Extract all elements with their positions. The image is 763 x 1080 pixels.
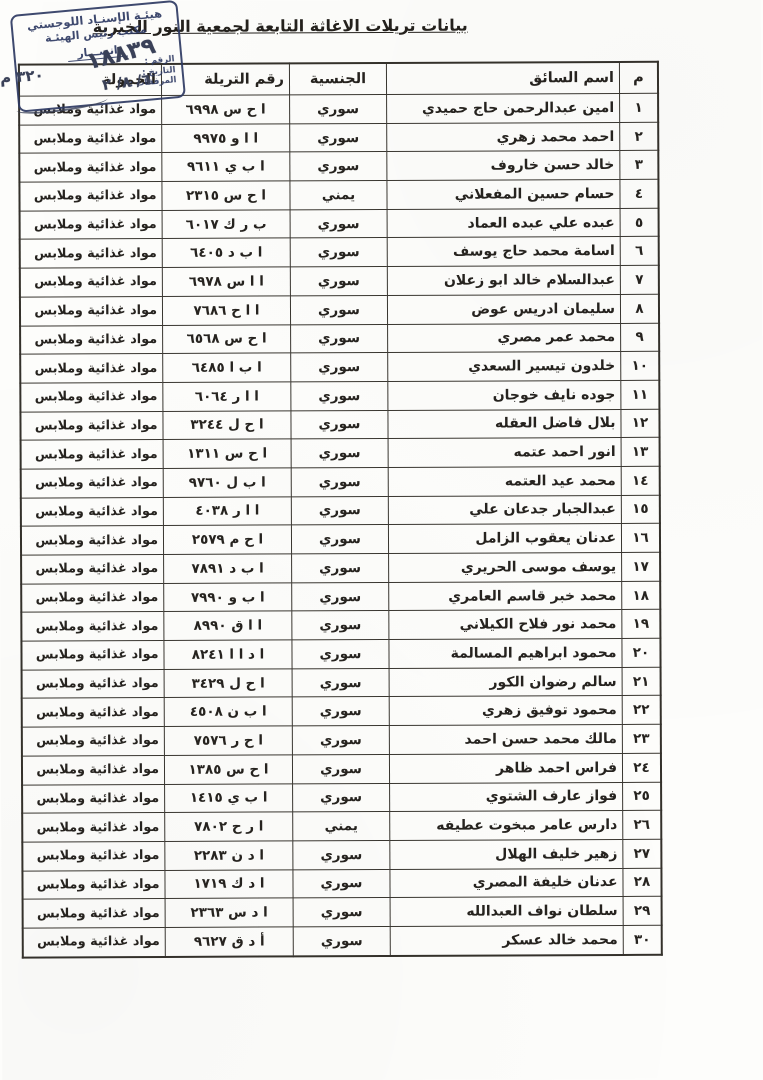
cell-nationality: سوري: [290, 152, 387, 181]
cell-nationality: سوري: [292, 726, 389, 755]
table-row: ٢٧ زهير خليف الهلال سوري ا د ن ٢٢٨٣ مواد…: [22, 839, 661, 870]
table-row: ٧ عبدالسلام خالد ابو زعلان سوري ا ا س ٦٩…: [20, 265, 659, 296]
cell-cargo: مواد غذائية وملابس: [22, 698, 165, 727]
cell-cargo: مواد غذائية وملابس: [23, 927, 166, 957]
cell-trailer-no: ا د س ٢٣٦٣: [165, 898, 293, 927]
cell-cargo: مواد غذائية وملابس: [22, 755, 165, 784]
cell-trailer-no: ا ب د ٧٨٩١: [164, 554, 292, 583]
cell-driver-name: يوسف موسى الحريري: [389, 552, 622, 582]
header-nationality: الجنسية: [289, 63, 386, 95]
cell-no: ٢٣: [622, 724, 661, 753]
cell-nationality: سوري: [293, 783, 390, 812]
cell-trailer-no: ا ب ي ٩٦١١: [162, 152, 290, 181]
cell-driver-name: فواز عارف الشتوي: [390, 782, 623, 812]
cell-trailer-no: ا ر ح ٧٨٠٢: [165, 812, 293, 841]
table-row: ٢٤ فراس احمد ظاهر سوري ا ح س ١٣٨٥ مواد غ…: [22, 753, 661, 784]
cell-trailer-no: ا ب ا ٦٤٨٥: [163, 353, 291, 382]
cell-nationality: سوري: [292, 582, 389, 611]
cell-driver-name: سالم رضوان الكور: [389, 667, 622, 697]
cell-no: ١٦: [621, 524, 660, 553]
cell-nationality: سوري: [291, 467, 388, 496]
trailers-table: م اسم السائق الجنسية رقم التريلة الحمولة…: [18, 61, 663, 958]
cell-cargo: مواد غذائية وملابس: [21, 583, 164, 612]
cell-driver-name: عدنان خليفة المصري: [390, 868, 623, 898]
cell-trailer-no: ا ا و ٩٩٧٥: [162, 124, 290, 153]
cell-trailer-no: ا ا ق ٨٩٩٠: [164, 611, 292, 640]
cell-cargo: مواد غذائية وملابس: [22, 870, 165, 899]
cell-driver-name: انور احمد عتمه: [388, 438, 621, 468]
table-row: ٢١ سالم رضوان الكور سوري ا ح ل ٣٤٢٩ مواد…: [22, 667, 661, 698]
cell-no: ٢٧: [623, 839, 662, 868]
cell-no: ٥: [620, 208, 659, 237]
cell-trailer-no: ا ا س ٦٩٧٨: [162, 267, 290, 296]
cell-no: ٢٥: [623, 782, 662, 811]
table-row: ٣٠ محمد خالد عسكر سوري أ د ق ٩٦٢٧ مواد غ…: [23, 925, 662, 957]
table-row: ١٤ محمد عيد العتمه سوري ا ب ل ٩٧٦٠ مواد …: [21, 466, 660, 497]
cell-driver-name: عبده علي عبده العماد: [387, 208, 620, 238]
table-body: ١ امين عبدالرحمن حاج حميدي سوري ا ح س ٦٩…: [19, 93, 662, 957]
table-row: ٦ اسامة محمد حاج يوسف سوري ا ب د ٦٤٠٥ مو…: [20, 237, 659, 268]
cell-driver-name: مالك محمد حسن احمد: [389, 725, 622, 755]
cell-cargo: مواد غذائية وملابس: [22, 784, 165, 813]
cell-trailer-no: ا ح س ٦٩٩٨: [162, 95, 290, 124]
cell-trailer-no: ا د ن ٢٢٨٣: [165, 841, 293, 870]
cell-no: ١٥: [621, 495, 660, 524]
cell-driver-name: عبدالجبار جدعان علي: [388, 495, 621, 525]
cell-driver-name: بلال فاضل العقله: [388, 409, 621, 439]
cell-trailer-no: ا ب د ٦٤٠٥: [162, 238, 290, 267]
cell-no: ٢٠: [622, 638, 661, 667]
cell-cargo: مواد غذائية وملابس: [22, 841, 165, 870]
cell-no: ١٠: [621, 351, 660, 380]
cell-cargo: مواد غذائية وملابس: [21, 440, 164, 469]
cell-cargo: مواد غذائية وملابس: [22, 727, 165, 756]
cell-nationality: سوري: [291, 381, 388, 410]
cell-driver-name: خالد حسن خاروف: [387, 151, 620, 181]
cell-nationality: سوري: [293, 869, 390, 898]
cell-trailer-no: ا ب ل ٩٧٦٠: [163, 468, 291, 497]
cell-nationality: سوري: [291, 525, 388, 554]
cell-no: ٩: [621, 323, 660, 352]
cell-nationality: سوري: [290, 238, 387, 267]
cell-driver-name: احمد محمد زهري: [387, 122, 620, 152]
table-row: ٢٦ دارس عامر مبخوت عطيفه يمني ا ر ح ٧٨٠٢…: [22, 810, 661, 841]
table-row: ٣ خالد حسن خاروف سوري ا ب ي ٩٦١١ مواد غذ…: [19, 151, 658, 182]
cell-no: ٣: [620, 151, 659, 180]
cell-trailer-no: ا ح م ٢٥٧٩: [163, 525, 291, 554]
cell-trailer-no: ا ح س ١٣١١: [163, 439, 291, 468]
table-row: ١٥ عبدالجبار جدعان علي سوري ا ا ر ٤٠٣٨ م…: [21, 495, 660, 526]
cell-driver-name: سليمان ادريس عوض: [387, 294, 620, 324]
cell-trailer-no: ا ا ح ٧٦٨٦: [162, 296, 290, 325]
cell-cargo: مواد غذائية وملابس: [20, 210, 163, 239]
cell-cargo: مواد غذائية وملابس: [23, 899, 166, 928]
cell-nationality: سوري: [290, 209, 387, 238]
table-row: ١٦ عدنان يعقوب الزامل سوري ا ح م ٢٥٧٩ مو…: [21, 524, 660, 555]
cell-driver-name: محمود ابراهيم المسالمة: [389, 639, 622, 669]
cell-nationality: سوري: [290, 123, 387, 152]
cell-driver-name: محمد عيد العتمه: [388, 466, 621, 496]
cell-trailer-no: ا ح س ٢٣١٥: [162, 181, 290, 210]
cell-no: ٢١: [622, 667, 661, 696]
cell-trailer-no: ا ب ن ٤٥٠٨: [164, 697, 292, 726]
cell-cargo: مواد غذائية وملابس: [20, 325, 163, 354]
cell-no: ٢٨: [623, 868, 662, 897]
cell-driver-name: محمد عمر مصري: [388, 323, 621, 353]
cell-cargo: مواد غذائية وملابس: [21, 641, 164, 670]
cell-cargo: مواد غذائية وملابس: [21, 468, 164, 497]
table-row: ١٧ يوسف موسى الحريري سوري ا ب د ٧٨٩١ موا…: [21, 552, 660, 583]
cell-no: ١٤: [621, 466, 660, 495]
cell-no: ٧: [620, 265, 659, 294]
cell-nationality: يمني: [293, 812, 390, 841]
cell-driver-name: سلطان نواف العبدالله: [390, 897, 623, 927]
cell-no: ٢٢: [622, 696, 661, 725]
cell-no: ١٨: [622, 581, 661, 610]
cell-no: ١١: [621, 380, 660, 409]
cell-trailer-no: ب ر ك ٦٠١٧: [162, 210, 290, 239]
cell-nationality: سوري: [292, 668, 389, 697]
scanned-document-page: بيانات تريلات الاغاثة التابعة لجمعية الن…: [0, 0, 763, 1080]
cell-nationality: سوري: [292, 640, 389, 669]
cell-no: ١٣: [621, 438, 660, 467]
cell-cargo: مواد غذائية وملابس: [21, 526, 164, 555]
cell-driver-name: عدنان يعقوب الزامل: [388, 524, 621, 554]
cell-driver-name: محمد خبر قاسم العامري: [389, 581, 622, 611]
header-driver-name: اسم السائق: [386, 62, 619, 95]
cell-no: ٤: [620, 179, 659, 208]
cell-trailer-no: ا د ا ا ٨٢٤١: [164, 640, 292, 669]
cell-driver-name: زهير خليف الهلال: [390, 839, 623, 869]
table-row: ١١ جوده نايف خوجان سوري ا ا ر ٦٠٦٤ مواد …: [20, 380, 659, 411]
table-row: ٤ حسام حسين المفعلاني يمني ا ح س ٢٣١٥ مو…: [19, 179, 658, 210]
cell-no: ٢٦: [623, 810, 662, 839]
cell-cargo: مواد غذائية وملابس: [20, 296, 163, 325]
cell-cargo: مواد غذائية وملابس: [20, 411, 163, 440]
header-no: م: [619, 62, 658, 94]
cell-no: ٢٤: [622, 753, 661, 782]
cell-nationality: سوري: [291, 353, 388, 382]
cell-trailer-no: أ د ق ٩٦٢٧: [165, 927, 293, 957]
cell-no: ١٩: [622, 610, 661, 639]
cell-no: ٢: [620, 122, 659, 151]
cell-nationality: سوري: [292, 553, 389, 582]
cell-no: ١٧: [622, 552, 661, 581]
cell-nationality: سوري: [292, 697, 389, 726]
cell-cargo: مواد غذائية وملابس: [21, 497, 164, 526]
cell-no: ٢٩: [623, 897, 662, 926]
cell-nationality: سوري: [291, 496, 388, 525]
cell-cargo: مواد غذائية وملابس: [22, 813, 165, 842]
page-title: بيانات تريلات الاغاثة التابعة لجمعية الن…: [198, 16, 468, 36]
cell-trailer-no: ا ح ل ٣٤٢٩: [164, 669, 292, 698]
table-row: ٢٢ محمود توفيق زهري سوري ا ب ن ٤٥٠٨ مواد…: [22, 696, 661, 727]
table-row: ٢٩ سلطان نواف العبدالله سوري ا د س ٢٣٦٣ …: [23, 897, 662, 928]
table-row: ٢٨ عدنان خليفة المصري سوري ا د ك ١٧١٩ مو…: [22, 868, 661, 899]
cell-cargo: مواد غذائية وملابس: [20, 382, 163, 411]
cell-trailer-no: ا ب و ٧٩٩٠: [164, 583, 292, 612]
table-row: ٨ سليمان ادريس عوض سوري ا ا ح ٧٦٨٦ مواد …: [20, 294, 659, 325]
cell-nationality: سوري: [291, 410, 388, 439]
cell-cargo: مواد غذائية وملابس: [19, 182, 162, 211]
cell-no: ٦: [620, 237, 659, 266]
cell-no: ١: [620, 93, 659, 122]
table-row: ١٣ انور احمد عتمه سوري ا ح س ١٣١١ مواد غ…: [21, 438, 660, 469]
cell-driver-name: عبدالسلام خالد ابو زعلان: [387, 266, 620, 296]
cell-cargo: مواد غذائية وملابس: [21, 612, 164, 641]
cell-driver-name: محمد خالد عسكر: [390, 925, 623, 955]
cell-cargo: مواد غذائية وملابس: [21, 554, 164, 583]
cell-trailer-no: ا ح ل ٣٢٤٤: [163, 410, 291, 439]
cell-trailer-no: ا ح ر ٧٥٧٦: [164, 726, 292, 755]
cell-trailer-no: ا د ك ١٧١٩: [165, 869, 293, 898]
table-row: ١٨ محمد خبر قاسم العامري سوري ا ب و ٧٩٩٠…: [21, 581, 660, 612]
table-row: ١٠ خلدون تيسير السعدي سوري ا ب ا ٦٤٨٥ مو…: [20, 351, 659, 382]
cell-cargo: مواد غذائية وملابس: [19, 124, 162, 153]
cell-cargo: مواد غذائية وملابس: [19, 153, 162, 182]
cell-driver-name: حسام حسين المفعلاني: [387, 180, 620, 210]
cell-nationality: يمني: [290, 181, 387, 210]
table-row: ٢٣ مالك محمد حسن احمد سوري ا ح ر ٧٥٧٦ مو…: [22, 724, 661, 755]
table-row: ١٢ بلال فاضل العقله سوري ا ح ل ٣٢٤٤ مواد…: [20, 409, 659, 440]
cell-trailer-no: ا ا ر ٦٠٦٤: [163, 382, 291, 411]
table-row: ٥ عبده علي عبده العماد سوري ب ر ك ٦٠١٧ م…: [20, 208, 659, 239]
trailers-table-wrap: م اسم السائق الجنسية رقم التريلة الحمولة…: [71, 61, 663, 958]
table-row: ٢٥ فواز عارف الشتوي سوري ا ب ي ١٤١٥ مواد…: [22, 782, 661, 813]
cell-driver-name: محمود توفيق زهري: [389, 696, 622, 726]
cell-nationality: سوري: [292, 611, 389, 640]
cell-cargo: مواد غذائية وملابس: [20, 239, 163, 268]
cell-cargo: مواد غذائية وملابس: [22, 669, 165, 698]
table-row: ٩ محمد عمر مصري سوري ا ح س ٦٥٦٨ مواد غذا…: [20, 323, 659, 354]
table-row: ٢٠ محمود ابراهيم المسالمة سوري ا د ا ا ٨…: [21, 638, 660, 669]
cell-driver-name: خلدون تيسير السعدي: [388, 352, 621, 382]
cell-nationality: سوري: [291, 324, 388, 353]
cell-nationality: سوري: [293, 840, 390, 869]
cell-driver-name: اسامة محمد حاج يوسف: [387, 237, 620, 267]
cell-cargo: مواد غذائية وملابس: [20, 268, 163, 297]
cell-no: ٨: [620, 294, 659, 323]
cell-driver-name: محمد نور فلاح الكيلاني: [389, 610, 622, 640]
cell-nationality: سوري: [290, 295, 387, 324]
cell-nationality: سوري: [293, 926, 390, 956]
cell-trailer-no: ا ح س ٦٥٦٨: [163, 324, 291, 353]
cell-driver-name: فراس احمد ظاهر: [389, 753, 622, 783]
cell-driver-name: امين عبدالرحمن حاج حميدي: [387, 93, 620, 123]
cell-cargo: مواد غذائية وملابس: [20, 354, 163, 383]
cell-nationality: سوري: [293, 898, 390, 927]
cell-nationality: سوري: [291, 439, 388, 468]
cell-nationality: سوري: [292, 754, 389, 783]
table-row: ٢ احمد محمد زهري سوري ا ا و ٩٩٧٥ مواد غذ…: [19, 122, 658, 153]
cell-trailer-no: ا ب ي ١٤١٥: [165, 783, 293, 812]
table-row: ١٩ محمد نور فلاح الكيلاني سوري ا ا ق ٨٩٩…: [21, 610, 660, 641]
cell-driver-name: دارس عامر مبخوت عطيفه: [390, 811, 623, 841]
cell-driver-name: جوده نايف خوجان: [388, 380, 621, 410]
cell-no: ٣٠: [623, 925, 662, 954]
cell-nationality: سوري: [290, 267, 387, 296]
cell-nationality: سوري: [290, 94, 387, 123]
cell-no: ١٢: [621, 409, 660, 438]
handwritten-note: ٣٢٠ م: [0, 66, 44, 87]
cell-trailer-no: ا ا ر ٤٠٣٨: [163, 497, 291, 526]
cell-trailer-no: ا ح س ١٣٨٥: [164, 755, 292, 784]
